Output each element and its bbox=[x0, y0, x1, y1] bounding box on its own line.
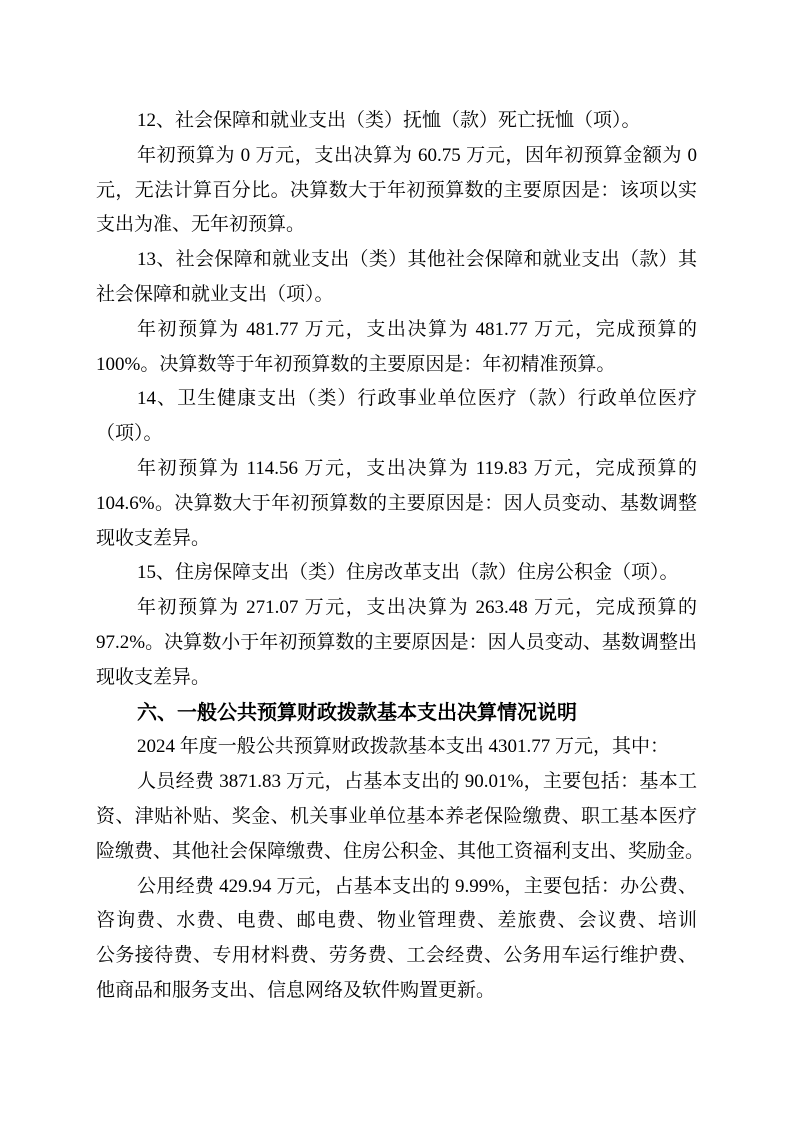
text-line: 他商品和服务支出、信息网络及软件购置更新。 bbox=[96, 974, 697, 1009]
text-line: 年初预算为 271.07 万元，支出决算为 263.48 万元，完成预算的 bbox=[96, 591, 697, 626]
text-line: 年初预算为 0 万元，支出决算为 60.75 万元，因年初预算金额为 0 万 bbox=[96, 139, 697, 174]
document-body: 12、社会保障和就业支出（类）抚恤（款）死亡抚恤（项）。年初预算为 0 万元，支… bbox=[96, 104, 697, 1009]
text-line: 年初预算为 481.77 万元，支出决算为 481.77 万元，完成预算的 bbox=[96, 313, 697, 348]
text-line: 社会保障和就业支出（项）。 bbox=[96, 278, 697, 313]
text-line: 公用经费 429.94 万元，占基本支出的 9.99%，主要包括：办公费、 bbox=[96, 870, 697, 905]
document-page: 12、社会保障和就业支出（类）抚恤（款）死亡抚恤（项）。年初预算为 0 万元，支… bbox=[0, 0, 793, 1122]
text-line: 人员经费 3871.83 万元，占基本支出的 90.01%，主要包括：基本工 bbox=[96, 765, 697, 800]
text-line: 13、社会保障和就业支出（类）其他社会保障和就业支出（款）其他 bbox=[96, 243, 697, 278]
text-line: 97.2%。决算数小于年初预算数的主要原因是：因人员变动、基数调整出 bbox=[96, 626, 697, 661]
text-line: 104.6%。决算数大于年初预算数的主要原因是：因人员变动、基数调整出 bbox=[96, 487, 697, 522]
text-line: 支出为准、无年初预算。 bbox=[96, 208, 697, 243]
text-line: 现收支差异。 bbox=[96, 661, 697, 696]
text-line: 险缴费、其他社会保障缴费、住房公积金、其他工资福利支出、奖励金。 bbox=[96, 835, 697, 870]
text-line: 现收支差异。 bbox=[96, 522, 697, 557]
text-line: 资、津贴补贴、奖金、机关事业单位基本养老保险缴费、职工基本医疗保 bbox=[96, 800, 697, 835]
section-heading: 六、一般公共预算财政拨款基本支出决算情况说明 bbox=[96, 696, 697, 731]
text-line: 年初预算为 114.56 万元，支出决算为 119.83 万元，完成预算的 bbox=[96, 452, 697, 487]
text-line: 14、卫生健康支出（类）行政事业单位医疗（款）行政单位医疗 bbox=[96, 382, 697, 417]
text-line: 100%。决算数等于年初预算数的主要原因是：年初精准预算。 bbox=[96, 348, 697, 383]
text-line: 12、社会保障和就业支出（类）抚恤（款）死亡抚恤（项）。 bbox=[96, 104, 697, 139]
text-line: 咨询费、水费、电费、邮电费、物业管理费、差旅费、会议费、培训费、 bbox=[96, 904, 697, 939]
text-line: （项）。 bbox=[96, 417, 697, 452]
text-line: 2024 年度一般公共预算财政拨款基本支出 4301.77 万元，其中： bbox=[96, 730, 697, 765]
text-line: 公务接待费、专用材料费、劳务费、工会经费、公务用车运行维护费、其 bbox=[96, 939, 697, 974]
text-line: 元，无法计算百分比。决算数大于年初预算数的主要原因是：该项以实际 bbox=[96, 174, 697, 209]
text-line: 15、住房保障支出（类）住房改革支出（款）住房公积金（项）。 bbox=[96, 556, 697, 591]
